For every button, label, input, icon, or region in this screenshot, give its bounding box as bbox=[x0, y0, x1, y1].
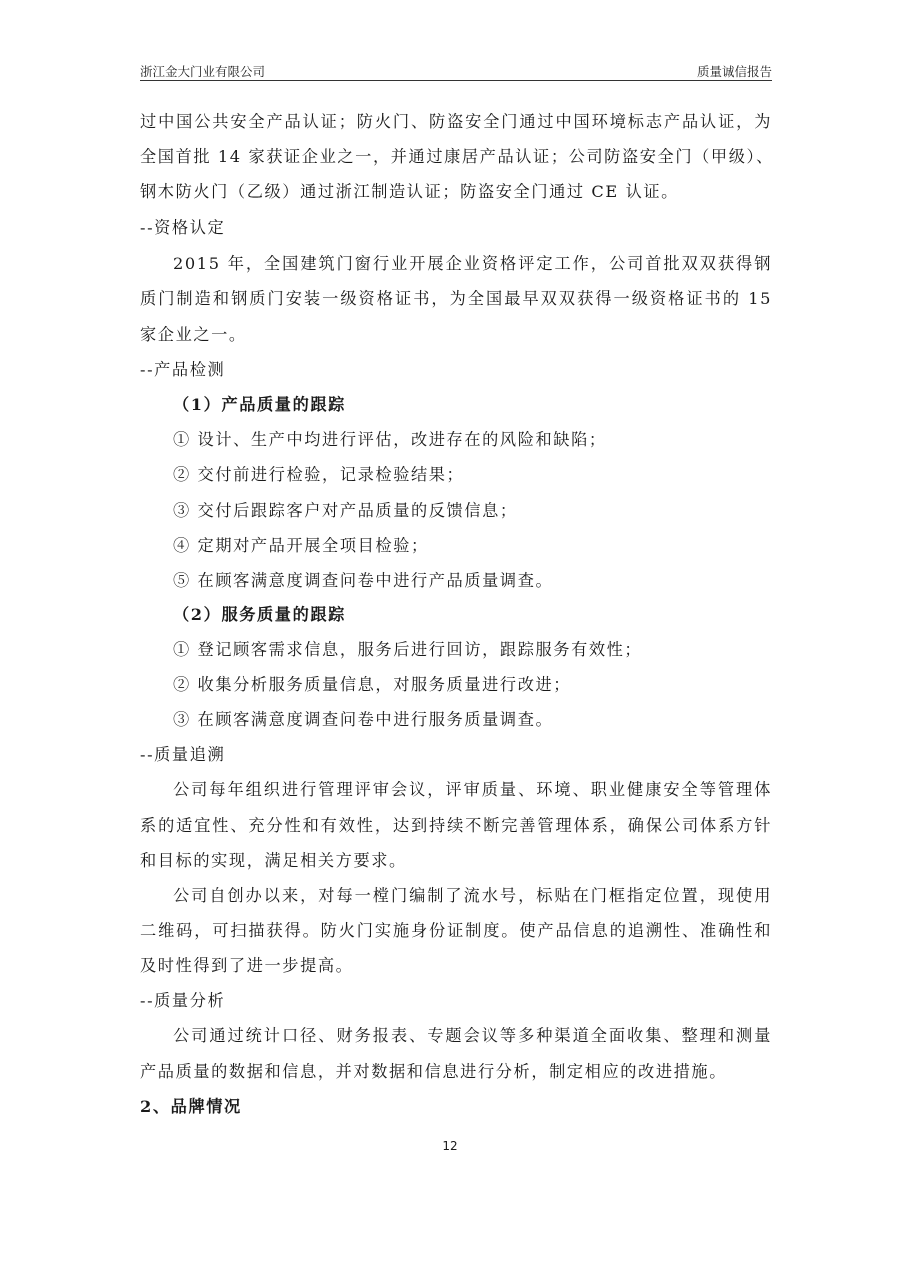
paragraph-line: 及时性得到了进一步提高。 bbox=[140, 955, 772, 977]
page-number: 12 bbox=[0, 1139, 900, 1153]
list-item: ③ 在顾客满意度调查问卷中进行服务质量调查。 bbox=[173, 709, 805, 731]
paragraph-line: 家企业之一。 bbox=[140, 324, 772, 346]
list-item: ③ 交付后跟踪客户对产品质量的反馈信息； bbox=[173, 500, 805, 522]
page-header: 浙江金大门业有限公司 质量诚信报告 bbox=[140, 62, 772, 81]
paragraph-line: 过中国公共安全产品认证；防火门、防盗安全门通过中国环境标志产品认证，为 bbox=[140, 111, 772, 133]
paragraph-line: 质门制造和钢质门安装一级资格证书，为全国最早双双获得一级资格证书的 15 bbox=[140, 288, 772, 310]
list-item: ② 交付前进行检验，记录检验结果； bbox=[173, 464, 805, 486]
paragraph-line: 二维码，可扫描获得。防火门实施身份证制度。使产品信息的追溯性、准确性和 bbox=[140, 920, 772, 942]
list-item: ④ 定期对产品开展全项目检验； bbox=[173, 535, 805, 557]
section-heading-inspection: --产品检测 bbox=[140, 359, 772, 381]
section-heading-qualification: --资格认定 bbox=[140, 217, 772, 239]
section-heading-traceability: --质量追溯 bbox=[140, 744, 772, 766]
paragraph-line: 系的适宜性、充分性和有效性，达到持续不断完善管理体系，确保公司体系方针 bbox=[140, 815, 772, 837]
paragraph-line: 全国首批 14 家获证企业之一，并通过康居产品认证；公司防盗安全门（甲级）、 bbox=[140, 146, 772, 168]
header-report-title: 质量诚信报告 bbox=[697, 62, 772, 80]
subheading-product-tracking: （1）产品质量的跟踪 bbox=[173, 394, 805, 416]
list-item: ⑤ 在顾客满意度调查问卷中进行产品质量调查。 bbox=[173, 570, 805, 592]
header-company: 浙江金大门业有限公司 bbox=[140, 62, 265, 80]
paragraph-line: 产品质量的数据和信息，并对数据和信息进行分析，制定相应的改进措施。 bbox=[140, 1061, 772, 1083]
subheading-service-tracking: （2）服务质量的跟踪 bbox=[173, 604, 805, 626]
paragraph-line: 2015 年，全国建筑门窗行业开展企业资格评定工作，公司首批双双获得钢 bbox=[173, 253, 772, 275]
paragraph-line: 公司每年组织进行管理评审会议，评审质量、环境、职业健康安全等管理体 bbox=[173, 779, 772, 801]
section-heading-brand: 2、品牌情况 bbox=[140, 1096, 772, 1118]
paragraph-line: 公司通过统计口径、财务报表、专题会议等多种渠道全面收集、整理和测量 bbox=[173, 1025, 772, 1047]
paragraph-line: 钢木防火门（乙级）通过浙江制造认证；防盗安全门通过 CE 认证。 bbox=[140, 181, 772, 203]
paragraph-line: 和目标的实现，满足相关方要求。 bbox=[140, 850, 772, 872]
list-item: ① 登记顾客需求信息，服务后进行回访，跟踪服务有效性； bbox=[173, 639, 805, 661]
paragraph-line: 公司自创办以来，对每一樘门编制了流水号，标贴在门框指定位置，现使用 bbox=[173, 885, 772, 907]
section-heading-analysis: --质量分析 bbox=[140, 990, 772, 1012]
list-item: ① 设计、生产中均进行评估，改进存在的风险和缺陷； bbox=[173, 429, 805, 451]
list-item: ② 收集分析服务质量信息，对服务质量进行改进； bbox=[173, 674, 805, 696]
